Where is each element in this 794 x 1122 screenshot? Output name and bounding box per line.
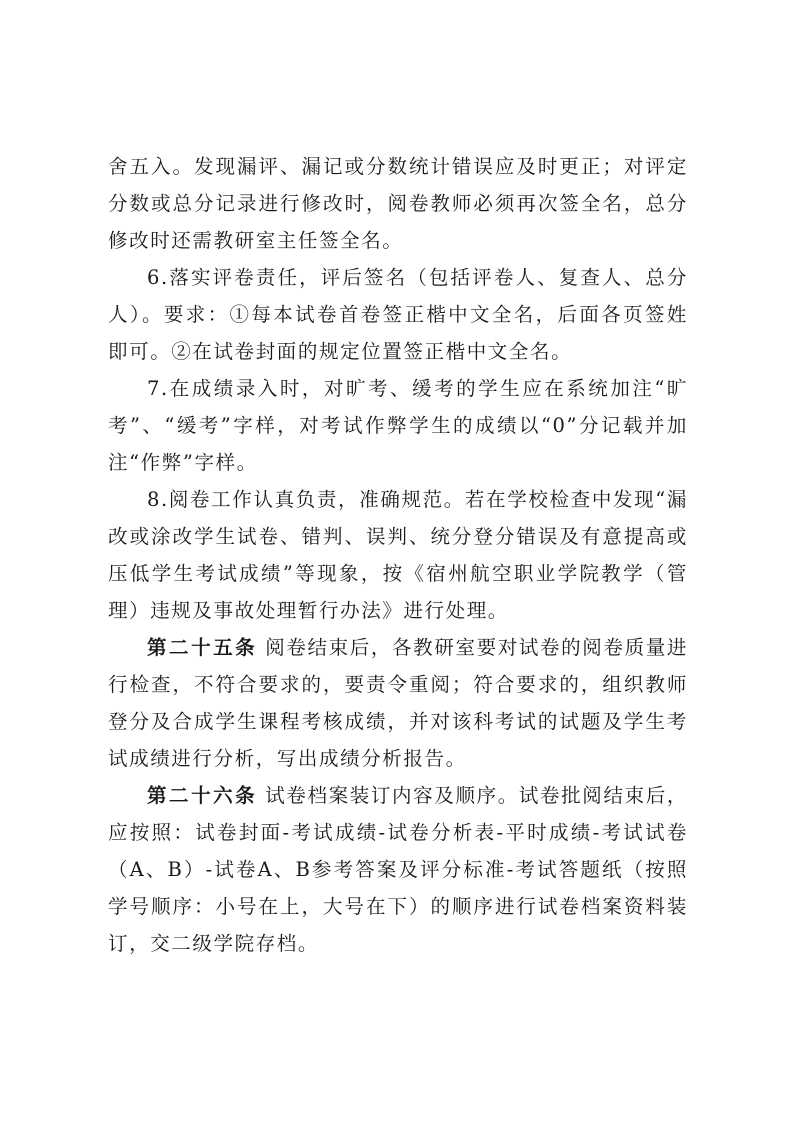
article-number: 第二十五条 <box>147 636 257 659</box>
document-page: 舍五入。发现漏评、漏记或分数统计错误应及时更正；对评定分数或总分记录进行修改时，… <box>108 148 688 962</box>
paragraph-text: 7.在成绩录入时，对旷考、缓考的学生应在系统加注“旷考”、“缓考”字样，对考试作… <box>108 377 688 474</box>
article-number: 第二十六条 <box>147 784 257 807</box>
paragraph-text: 6.落实评卷责任，评后签名（包括评卷人、复查人、总分人）。要求：①每本试卷首卷签… <box>108 266 688 363</box>
paragraph-scoring-corrections: 舍五入。发现漏评、漏记或分数统计错误应及时更正；对评定分数或总分记录进行修改时，… <box>108 148 688 259</box>
paragraph-text: 8.阅卷工作认真负责，准确规范。若在学校检查中发现“漏改或涂改学生试卷、错判、误… <box>108 488 688 622</box>
paragraph-item-8-responsibility: 8.阅卷工作认真负责，准确规范。若在学校检查中发现“漏改或涂改学生试卷、错判、误… <box>108 481 688 629</box>
paragraph-article-25: 第二十五条阅卷结束后，各教研室要对试卷的阅卷质量进行检查，不符合要求的，要责令重… <box>108 629 688 777</box>
paragraph-text: 舍五入。发现漏评、漏记或分数统计错误应及时更正；对评定分数或总分记录进行修改时，… <box>108 155 688 252</box>
paragraph-article-26: 第二十六条试卷档案装订内容及顺序。试卷批阅结束后，应按照：试卷封面-考试成绩-试… <box>108 777 688 962</box>
paragraph-item-6-signature: 6.落实评卷责任，评后签名（包括评卷人、复查人、总分人）。要求：①每本试卷首卷签… <box>108 259 688 370</box>
paragraph-item-7-grade-entry: 7.在成绩录入时，对旷考、缓考的学生应在系统加注“旷考”、“缓考”字样，对考试作… <box>108 370 688 481</box>
paragraph-text: 试卷档案装订内容及顺序。试卷批阅结束后，应按照：试卷封面-考试成绩-试卷分析表-… <box>108 784 688 955</box>
